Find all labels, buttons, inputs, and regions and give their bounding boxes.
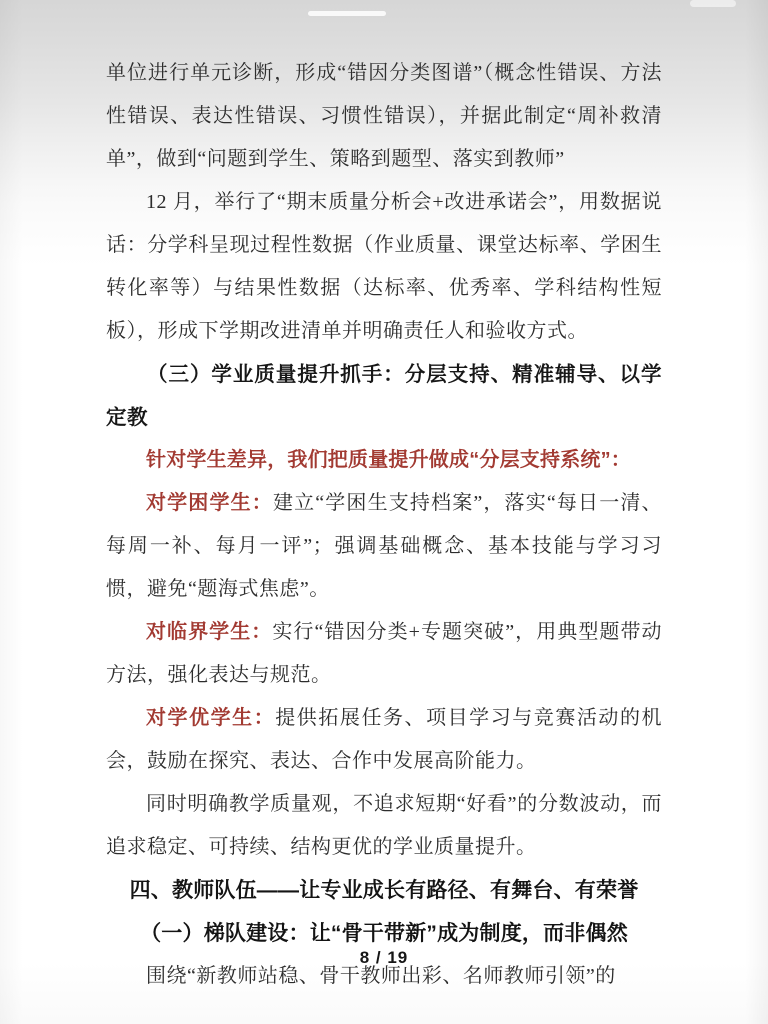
paragraph-layered-support-intro: 针对学生差异，我们把质量提升做成“分层支持系统”： <box>106 439 662 482</box>
camera-glare-spot <box>690 0 736 7</box>
label-borderline-students: 对临界学生： <box>146 621 272 643</box>
page-number: 8 / 19 <box>0 948 768 968</box>
paragraph-unit-diagnosis: 单位进行单元诊断，形成“错因分类图谱”（概念性错误、方法性错误、表达性错误、习惯… <box>106 52 662 181</box>
label-struggling-students: 对学困学生： <box>146 492 273 514</box>
camera-glare-bar <box>308 11 386 16</box>
label-advanced-students: 对学优学生： <box>146 707 275 729</box>
page-content: 单位进行单元诊断，形成“错因分类图谱”（概念性错误、方法性错误、表达性错误、习惯… <box>106 52 662 998</box>
paragraph-december-review: 12 月，举行了“期末质量分析会+改进承诺会”，用数据说话：分学科呈现过程性数据… <box>106 181 662 353</box>
heading-section-3: （三）学业质量提升抓手：分层支持、精准辅导、以学定教 <box>106 353 662 439</box>
heading-section-4: 四、教师队伍——让专业成长有路径、有舞台、有荣誉 <box>106 869 662 912</box>
paragraph-borderline-students: 对临界学生：实行“错因分类+专题突破”，用典型题带动方法，强化表达与规范。 <box>106 611 662 697</box>
paragraph-quality-view: 同时明确教学质量观，不追求短期“好看”的分数波动，而追求稳定、可持续、结构更优的… <box>106 783 662 869</box>
paragraph-struggling-students: 对学困学生：建立“学困生支持档案”，落实“每日一清、每周一补、每月一评”；强调基… <box>106 482 662 611</box>
paragraph-advanced-students: 对学优学生：提供拓展任务、项目学习与竞赛活动的机会，鼓励在探究、表达、合作中发展… <box>106 697 662 783</box>
document-photo: 单位进行单元诊断，形成“错因分类图谱”（概念性错误、方法性错误、表达性错误、习惯… <box>0 0 768 1024</box>
